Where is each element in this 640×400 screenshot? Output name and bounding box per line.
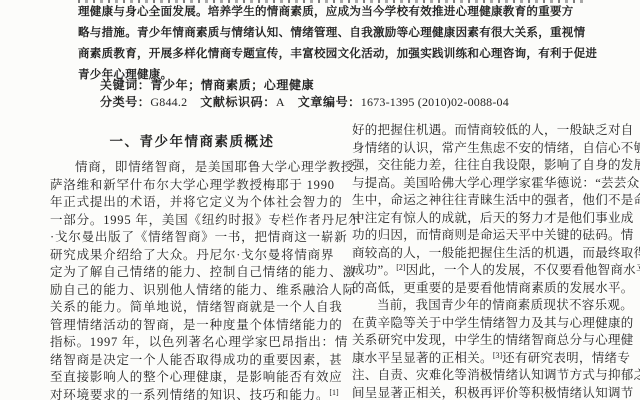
- text-line: 生中，命运之神往往青睐生活中的强者，他们不是命: [352, 192, 636, 210]
- text-line: 与提高。美国哈佛大学心理学家霍华德说：“芸芸众: [352, 175, 636, 193]
- text-line: 情商，即情绪智商，是美国耶鲁大学心理学教授: [50, 159, 334, 177]
- text-line: 成功”。[2]因此，一个人的发展，不仅要看他智商水平: [352, 262, 636, 280]
- text-line: 励自己的能力、识别他人情绪的能力、维系融洽人际: [50, 282, 334, 300]
- text-line: 指标。1997 年，以色列著名心理学家巴昂指出：情: [50, 334, 334, 352]
- article-id-label: 文章编号：: [298, 95, 361, 109]
- text-line: 一部分。1995 年，美国《纽约时报》专栏作者丹尼尔: [50, 212, 334, 230]
- text-line: 康水平呈显著的正相关。[3]还有研究表明，情绪专: [352, 350, 636, 368]
- class-number-value: G844.2: [150, 95, 187, 109]
- text-line: 功的归因，而情商则是命运天平中关键的砝码。情: [352, 227, 636, 245]
- doc-code-value: A: [276, 95, 285, 109]
- text-line: 身情绪的认识，常产生焦虑不安的情绪，自信心不够: [352, 140, 636, 158]
- class-number-label: 分类号：: [100, 95, 150, 109]
- text-line: 的高低，更重要的是要看他情商素质的发展水平。: [352, 280, 636, 298]
- text-line: 定为了解自己情绪的能力、控制自己情绪的能力、激: [50, 264, 334, 282]
- classification-line: 分类号：G844.2文献标识码：A文章编号：1673-1395 (2010)02…: [100, 95, 509, 109]
- text-line: 萨洛维和新罕什布尔大学心理学教授梅耶于 1990: [50, 177, 334, 195]
- abstract-line: 商素质教育，开展多样化情商专题宣传，丰富校园文化活动，加强实践训练和心理咨询，有…: [78, 44, 590, 65]
- text-line: 在黄辛隐等关于中学生情绪智力及其与心理健康的: [352, 315, 636, 333]
- text-line: 强，交往能力差，往往自我设限，影响了自身的发展: [352, 157, 636, 175]
- keywords-label: 关键词：: [100, 78, 150, 92]
- keywords-line: 关键词：青少年；情商素质；心理健康: [100, 78, 314, 92]
- footnote-marker: [3]: [493, 351, 502, 360]
- text-line: 绪智商是决定一个人能否取得成功的重要因素，甚: [50, 352, 334, 370]
- text-line: 商较高的人，一般能把握住生活的机遇，而最终取得: [352, 245, 636, 263]
- text-line: ·戈尔曼出版了《情绪智商》一书，把情商这一崭新: [50, 229, 334, 247]
- text-line: 对环境要求的一系列情绪的知识、技巧和能力。[1]: [50, 387, 334, 400]
- footnote-marker: [2]: [396, 263, 405, 272]
- right-column: 好的把握住机遇。而情商较低的人，一般缺乏对自 身情绪的认识，常产生焦虑不安的情绪…: [352, 122, 636, 400]
- text-line: 关系的能力。简单地说，情绪智商就是一个人自我: [50, 299, 334, 317]
- text-line: 年正式提出的术语，并将它定义为个体社会智力的: [50, 194, 334, 212]
- scanned-paper-page: 理健康与身心全面发展。培养学生的情商素质，应成为当今学校有效推进心理健康教育的重…: [0, 0, 640, 400]
- left-column: 情商，即情绪智商，是美国耶鲁大学心理学教授 萨洛维和新罕什布尔大学心理学教授梅耶…: [50, 159, 334, 400]
- section-heading: 一、青少年情商素质概述: [50, 134, 334, 150]
- footnote-marker: [1]: [329, 388, 338, 397]
- text-line: 好的把握住机遇。而情商较低的人，一般缺乏对自: [352, 122, 636, 140]
- text-line: 研究成果介绍给了大众。丹尼尔·戈尔曼将情商界: [50, 247, 334, 265]
- text-line: 间呈显著正相关，积极再评价等积极情绪认知调节: [352, 385, 636, 400]
- text-line: 中注定有惊人的成就，后天的努力才是他们事业成: [352, 210, 636, 228]
- text-line: 管理情绪活动的智商，是一种度量个体情绪能力的: [50, 317, 334, 335]
- abstract-line: 理健康与身心全面发展。培养学生的情商素质，应成为当今学校有效推进心理健康教育的重…: [78, 2, 590, 23]
- text-line: 至直接影响人的整个心理健康，是影响能否有效应: [50, 369, 334, 387]
- text-line: 当前，我国青少年的情商素质现状不容乐观。: [352, 297, 636, 315]
- article-id-value: 1673-1395 (2010)02-0088-04: [361, 95, 509, 109]
- keywords-content: 青少年；情商素质；心理健康: [150, 78, 314, 92]
- text-line: 注、自责、灾难化等消极情绪认知调节方式与抑郁之: [352, 367, 636, 385]
- abstract-block: 理健康与身心全面发展。培养学生的情商素质，应成为当今学校有效推进心理健康教育的重…: [78, 2, 590, 86]
- doc-code-label: 文献标识码：: [200, 95, 276, 109]
- text-line: 关系研究中发现，中学生的情绪智商总分与心理健: [352, 332, 636, 350]
- abstract-line: 略与措施。青少年情商素质与情绪认知、情绪管理、自我激励等心理健康因素有很大关系，…: [78, 23, 590, 44]
